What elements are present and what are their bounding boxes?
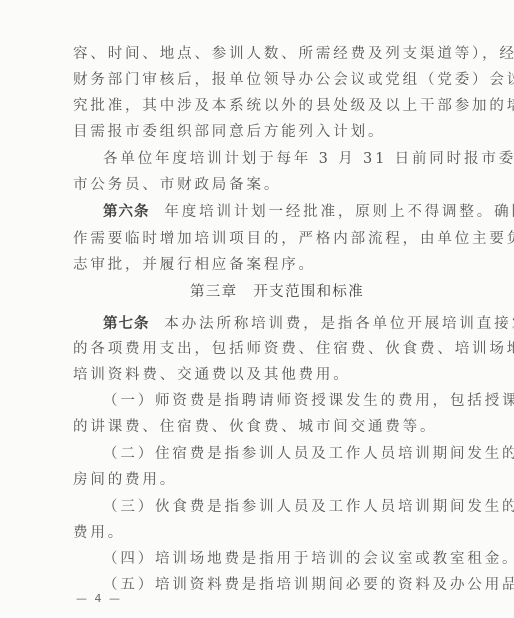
item-line: 房间的费用。 xyxy=(73,471,465,489)
text-line: 财务部门审核后，报单位领导办公会议或党组（党委）会议研 xyxy=(73,71,465,89)
text-line: 作需要临时增加培训项目的，严格内部流程，由单位主要负责同 xyxy=(73,230,465,248)
text-line: 市公务员、市财政局备案。 xyxy=(73,176,465,194)
article-6-first-line: 第六条 年度培训计划一经批准，原则上不得调整。确因工 xyxy=(103,203,465,221)
item-line: 的讲课费、住宿费、伙食费、城市间交通费等。 xyxy=(73,418,465,436)
text-line: 志审批，并履行相应备案程序。 xyxy=(73,256,465,274)
item-line: 费用。 xyxy=(73,524,465,542)
article-7-label: 第七条 xyxy=(103,316,150,332)
text-line: 容、时间、地点、参训人数、所需经费及列支渠道等），经单位 xyxy=(73,45,465,63)
text-line: 究批准，其中涉及本系统以外的县处级及以上干部参加的培训项 xyxy=(73,97,465,115)
text-line: 各单位年度培训计划于每年 3 月 31 日前同时报市委组织部、 xyxy=(103,150,465,168)
item-line: （一）师资费是指聘请师资授课发生的费用，包括授课老师 xyxy=(103,392,465,410)
chapter-heading: 第三章开支范围和标准 xyxy=(190,280,364,301)
chapter-title: 开支范围和标准 xyxy=(253,284,364,300)
article-6-label: 第六条 xyxy=(103,204,150,220)
text-line: 的各项费用支出，包括师资费、住宿费、伙食费、培训场地费、 xyxy=(73,340,465,358)
document-page: 容、时间、地点、参训人数、所需经费及列支渠道等），经单位 财务部门审核后，报单位… xyxy=(0,0,514,618)
article-6-text: 年度培训计划一经批准，原则上不得调整。确因工 xyxy=(164,204,514,220)
item-line: （三）伙食费是指参训人员及工作人员培训期间发生的用餐 xyxy=(103,498,465,516)
item-line: （四）培训场地费是指用于培训的会议室或教室租金。 xyxy=(103,550,465,568)
text-line: 目需报市委组织部同意后方能列入计划。 xyxy=(73,123,465,141)
item-line: （二）住宿费是指参训人员及工作人员培训期间发生的租住 xyxy=(103,445,465,463)
chapter-number: 第三章 xyxy=(190,284,237,300)
item-line: （五）培训资料费是指培训期间必要的资料及办公用品费。 xyxy=(103,576,465,594)
article-7-first-line: 第七条 本办法所称培训费，是指各单位开展培训直接发生 xyxy=(103,315,465,333)
article-7-text: 本办法所称培训费，是指各单位开展培训直接发生 xyxy=(164,316,514,332)
page-number: — 4 — xyxy=(76,592,122,605)
text-line: 培训资料费、交通费以及其他费用。 xyxy=(73,366,465,384)
